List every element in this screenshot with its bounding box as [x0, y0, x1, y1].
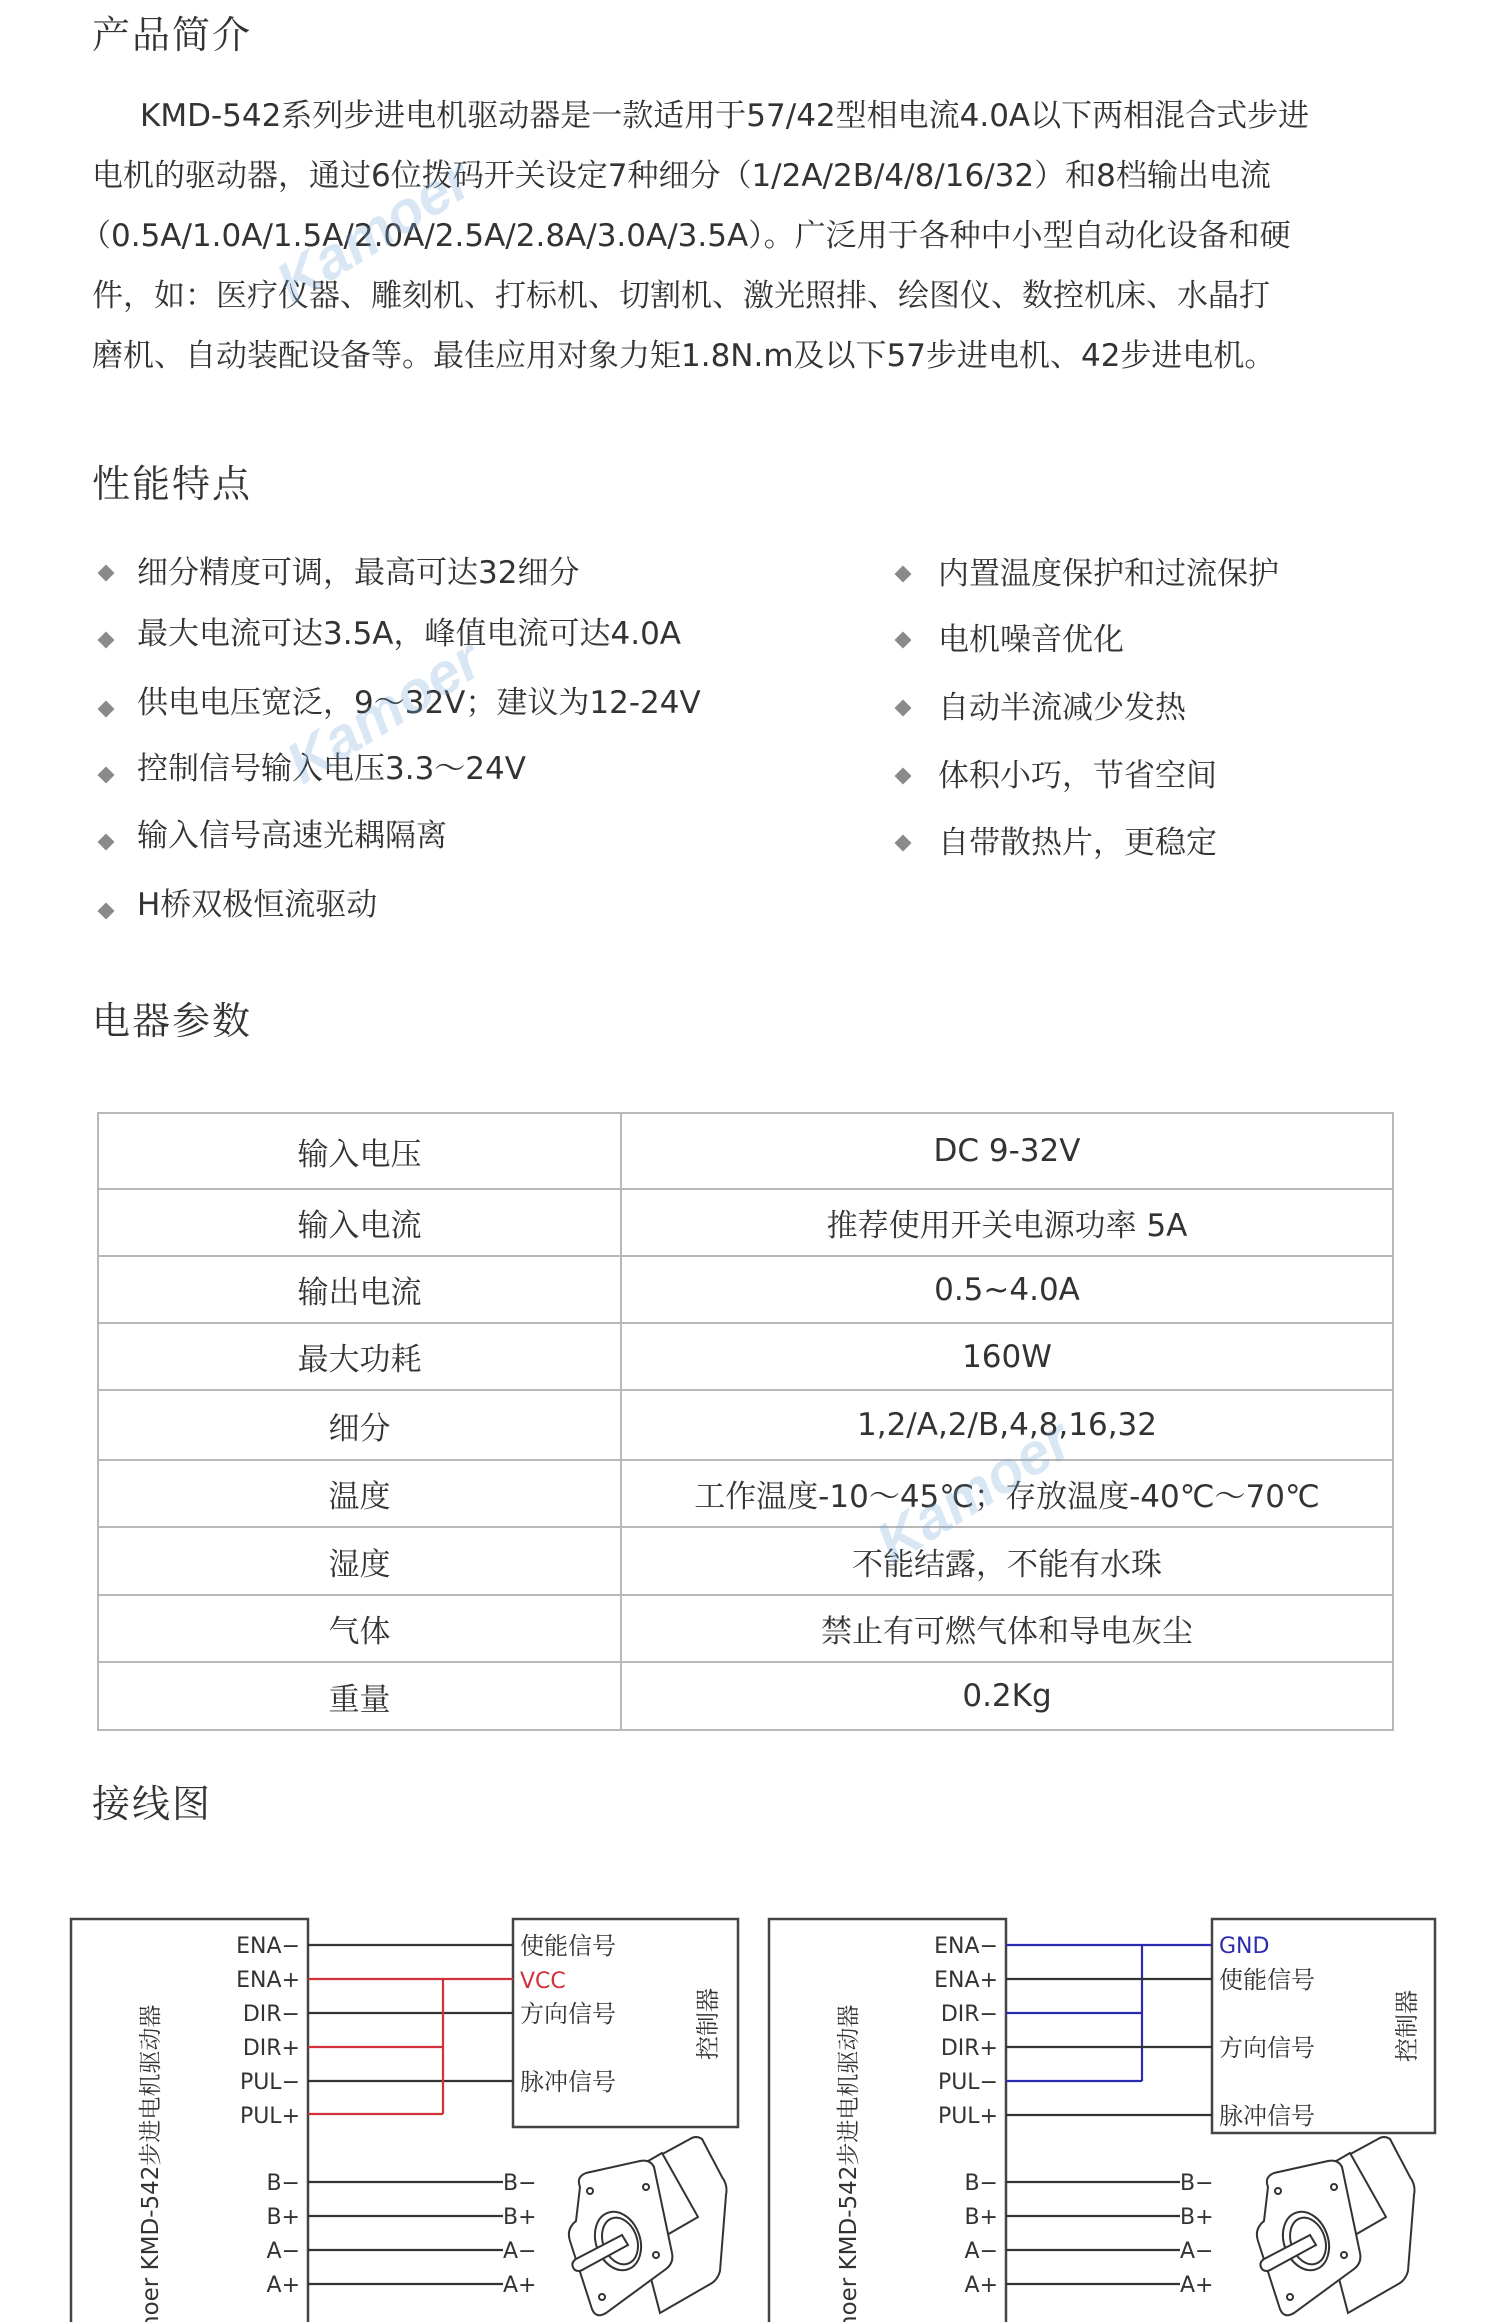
terminal-label: B− [964, 2171, 998, 2196]
motor-terminal: A− [1180, 2239, 1213, 2264]
feature-text: 供电电压宽泛，9～32V；建议为12-24V [137, 683, 701, 723]
controller-signals: 使能信号 VCC 方向信号 脉冲信号 [520, 1932, 616, 2096]
wiring-diagram-gnd: noer KMD-542步进电机驱动器 控制器 ENA− ENA+ DIR− D… [750, 1900, 1500, 2322]
table-row: 温度 工作温度-10～45℃；存放温度-40℃～70℃ [98, 1460, 1393, 1527]
param-value: DC 9-32V [621, 1113, 1393, 1189]
diamond-bullet-icon [895, 835, 912, 852]
terminal-label: B+ [266, 2205, 300, 2230]
controller-label: 控制器 [694, 1988, 722, 2060]
param-value: 推荐使用开关电源功率 5A [621, 1189, 1393, 1256]
signal-label: 脉冲信号 [520, 2068, 616, 2096]
diamond-bullet-icon [98, 565, 115, 582]
param-key: 细分 [98, 1390, 621, 1460]
param-key: 温度 [98, 1460, 621, 1527]
param-key: 气体 [98, 1595, 621, 1662]
feature-text: 体积小巧，节省空间 [938, 756, 1217, 796]
table-row: 重量 0.2Kg [98, 1662, 1393, 1730]
diamond-bullet-icon [895, 700, 912, 717]
section-title-wiring: 接线图 [92, 1785, 212, 1823]
param-key: 输入电压 [98, 1113, 621, 1189]
driver-label: noer KMD-542步进电机驱动器 [836, 2005, 862, 2322]
terminal-label: B− [266, 2171, 300, 2196]
terminal-label: A+ [965, 2273, 998, 2298]
param-value: 工作温度-10～45℃；存放温度-40℃～70℃ [621, 1460, 1393, 1527]
terminal-label: B+ [964, 2205, 998, 2230]
motor-terminal: B− [1180, 2171, 1214, 2196]
table-row: 气体 禁止有可燃气体和导电灰尘 [98, 1595, 1393, 1662]
diamond-bullet-icon [98, 767, 115, 784]
vcc-common-wires [308, 1979, 513, 2114]
signal-label: 方向信号 [1219, 2034, 1315, 2062]
terminal-label: PUL− [938, 2070, 998, 2095]
stepper-motor-icon [569, 2137, 727, 2315]
motor-terminal: A+ [1180, 2273, 1213, 2298]
feature-text: 细分精度可调，最高可达32细分 [137, 553, 579, 593]
terminal-label: PUL+ [240, 2104, 300, 2129]
param-value: 禁止有可燃气体和导电灰尘 [621, 1595, 1393, 1662]
table-row: 输入电流 推荐使用开关电源功率 5A [98, 1189, 1393, 1256]
terminal-label: ENA+ [236, 1968, 300, 1993]
feature-text: H桥双极恒流驱动 [137, 885, 377, 925]
motor-terminal: B− [503, 2171, 537, 2196]
terminal-label: A− [267, 2239, 300, 2264]
motor-terminal-labels: B− B+ A− A+ [1180, 2171, 1214, 2298]
diamond-bullet-icon [98, 903, 115, 920]
signal-label: 使能信号 [1219, 1966, 1315, 1994]
intro-line: （0.5A/1.0A/1.5A/2.0A/2.5A/2.8A/3.0A/3.5A… [80, 206, 1412, 266]
motor-terminal: B+ [503, 2205, 537, 2230]
terminal-label: A+ [267, 2273, 300, 2298]
motor-terminal: A+ [503, 2273, 536, 2298]
params-table: 输入电压 DC 9-32V 输入电流 推荐使用开关电源功率 5A 输出电流 0.… [97, 1112, 1394, 1731]
diamond-bullet-icon [895, 566, 912, 583]
terminal-label: ENA− [236, 1934, 300, 1959]
terminal-label: DIR+ [941, 2036, 998, 2061]
table-row: 细分 1,2/A,2/B,4,8,16,32 [98, 1390, 1393, 1460]
motor-wires [308, 2182, 503, 2284]
param-value: 不能结露，不能有水珠 [621, 1527, 1393, 1595]
motor-terminal: B+ [1180, 2205, 1214, 2230]
intro-line: KMD-542系列步进电机驱动器是一款适用于57/42型相电流4.0A以下两相混… [92, 86, 1412, 146]
feature-text: 最大电流可达3.5A，峰值电流可达4.0A [137, 614, 681, 654]
driver-label: noer KMD-542步进电机驱动器 [138, 2005, 164, 2322]
param-value: 0.5~4.0A [621, 1256, 1393, 1323]
motor-wires [1006, 2182, 1180, 2284]
table-row: 输入电压 DC 9-32V [98, 1113, 1393, 1189]
diamond-bullet-icon [98, 632, 115, 649]
section-title-params: 电器参数 [92, 1002, 252, 1040]
signal-wires [308, 1945, 513, 2081]
signal-wires [1006, 1979, 1212, 2115]
signal-label: 方向信号 [520, 2000, 616, 2028]
table-row: 最大功耗 160W [98, 1323, 1393, 1390]
section-title-features: 性能特点 [92, 465, 252, 503]
feature-text: 自带散热片，更稳定 [938, 823, 1217, 863]
param-value: 160W [621, 1323, 1393, 1390]
wiring-diagram-vcc: noer KMD-542步进电机驱动器 控制器 ENA− ENA+ DIR− D… [0, 1900, 750, 2322]
param-key: 湿度 [98, 1527, 621, 1595]
signal-label: 脉冲信号 [1219, 2102, 1315, 2130]
diamond-bullet-icon [98, 701, 115, 718]
controller-signals: GND 使能信号 方向信号 脉冲信号 [1219, 1934, 1315, 2130]
param-value: 1,2/A,2/B,4,8,16,32 [621, 1390, 1393, 1460]
intro-line: 磨机、自动装配设备等。最佳应用对象力矩1.8N.m及以下57步进电机、42步进电… [92, 326, 1412, 386]
table-row: 湿度 不能结露，不能有水珠 [98, 1527, 1393, 1595]
section-title-intro: 产品简介 [92, 16, 252, 54]
feature-text: 控制信号输入电压3.3～24V [137, 749, 526, 789]
param-key: 重量 [98, 1662, 621, 1730]
terminal-label: DIR+ [243, 2036, 300, 2061]
terminal-label: A− [965, 2239, 998, 2264]
motor-terminal: A− [503, 2239, 536, 2264]
controller-label: 控制器 [1393, 1990, 1421, 2062]
diamond-bullet-icon [98, 834, 115, 851]
diamond-bullet-icon [895, 768, 912, 785]
intro-line: 电机的驱动器，通过6位拨码开关设定7种细分（1/2A/2B/4/8/16/32）… [92, 146, 1412, 206]
signal-label: 使能信号 [520, 1932, 616, 1960]
param-key: 输出电流 [98, 1256, 621, 1323]
terminal-label: DIR− [941, 2002, 998, 2027]
feature-text: 输入信号高速光耦隔离 [137, 816, 447, 856]
terminal-label: DIR− [243, 2002, 300, 2027]
terminal-label: ENA− [934, 1934, 998, 1959]
stepper-motor-icon [1257, 2137, 1415, 2315]
gnd-label: GND [1219, 1934, 1269, 1959]
terminal-label: PUL− [240, 2070, 300, 2095]
intro-line: 件，如：医疗仪器、雕刻机、打标机、切割机、激光照排、绘图仪、数控机床、水晶打 [92, 266, 1412, 326]
table-row: 输出电流 0.5~4.0A [98, 1256, 1393, 1323]
vcc-label: VCC [520, 1969, 566, 1994]
diamond-bullet-icon [895, 632, 912, 649]
gnd-common-wires [1006, 1945, 1212, 2081]
driver-terminals: ENA− ENA+ DIR− DIR+ PUL− PUL+ B− B+ A− A… [934, 1934, 998, 2298]
feature-text: 电机噪音优化 [938, 620, 1124, 660]
motor-terminal-labels: B− B+ A− A+ [503, 2171, 537, 2298]
driver-terminals: ENA− ENA+ DIR− DIR+ PUL− PUL+ B− B+ A− A… [236, 1934, 300, 2298]
param-key: 最大功耗 [98, 1323, 621, 1390]
param-value: 0.2Kg [621, 1662, 1393, 1730]
feature-text: 内置温度保护和过流保护 [938, 554, 1279, 594]
terminal-label: PUL+ [938, 2104, 998, 2129]
param-key: 输入电流 [98, 1189, 621, 1256]
feature-text: 自动半流减少发热 [938, 688, 1186, 728]
intro-paragraph: KMD-542系列步进电机驱动器是一款适用于57/42型相电流4.0A以下两相混… [92, 86, 1412, 386]
terminal-label: ENA+ [934, 1968, 998, 1993]
